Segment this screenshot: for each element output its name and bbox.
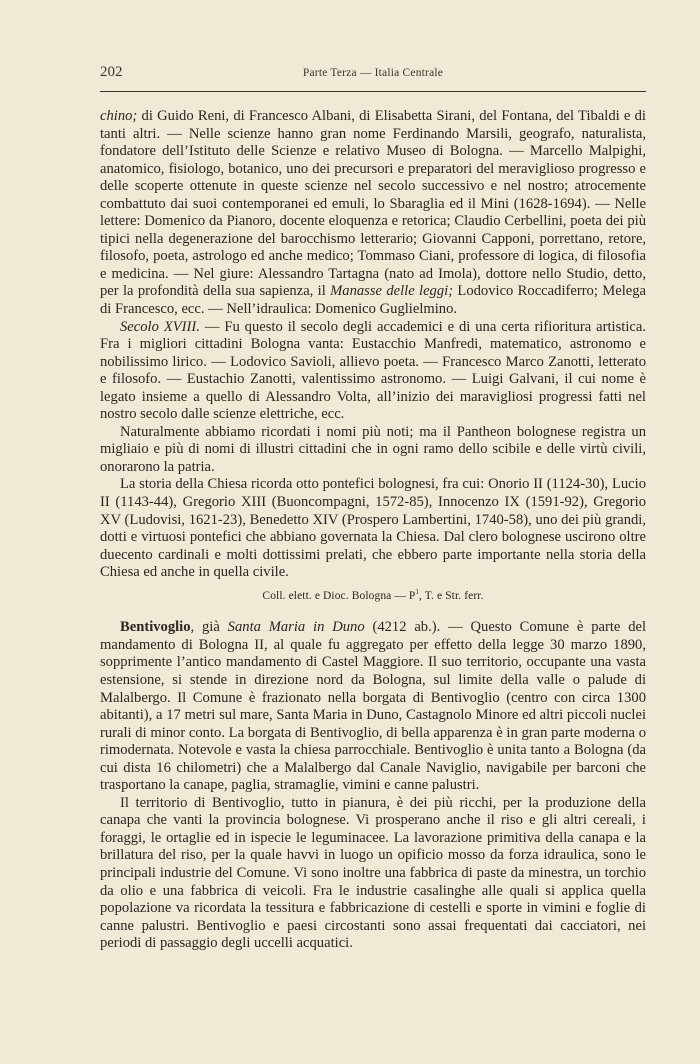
paragraph-secolo-xviii: Secolo XVIII. — Fu questo il secolo degl…	[100, 319, 646, 424]
book-page: 202 Parte Terza — Italia Centrale chino;…	[0, 0, 700, 1064]
text-run: Naturalmente abbiamo ricordati i nomi pi…	[100, 424, 646, 475]
entry-bentivoglio-territory: Il territorio di Bentivoglio, tutto in p…	[100, 795, 646, 953]
paragraph-pontefici: La storia della Chiesa ricorda otto pont…	[100, 476, 646, 581]
caption-text: Coll. elett. e Dioc. Bologna — P	[262, 590, 415, 602]
caption-text-end: , T. e Str. ferr.	[419, 590, 484, 602]
text-run: Il territorio di Bentivoglio, tutto in p…	[100, 795, 646, 951]
italic-text: Manasse delle leggi;	[330, 283, 453, 299]
electoral-caption: Coll. elett. e Dioc. Bologna — P1, T. e …	[100, 588, 646, 606]
text-run: (4212 ab.). — Questo Comune è parte del …	[100, 619, 646, 793]
italic-text: chino;	[100, 108, 137, 124]
text-run: La storia della Chiesa ricorda otto pont…	[100, 476, 646, 580]
text-run: , già	[191, 619, 228, 635]
paragraph-continuation: chino; di Guido Reni, di Francesco Alban…	[100, 108, 646, 319]
italic-text: Santa Maria in Duno	[228, 619, 365, 635]
italic-text: Secolo XVIII.	[120, 319, 200, 335]
header-rule	[100, 91, 646, 92]
text-run: di Guido Reni, di Francesco Albani, di E…	[100, 108, 646, 299]
page-header: 202 Parte Terza — Italia Centrale	[100, 64, 646, 84]
bold-term: Bentivoglio	[120, 619, 191, 635]
paragraph-pantheon: Naturalmente abbiamo ricordati i nomi pi…	[100, 424, 646, 477]
entry-bentivoglio-intro: Bentivoglio, già Santa Maria in Duno (42…	[100, 619, 646, 794]
running-title: Parte Terza — Italia Centrale	[100, 67, 646, 79]
page-body: chino; di Guido Reni, di Francesco Alban…	[100, 108, 646, 953]
